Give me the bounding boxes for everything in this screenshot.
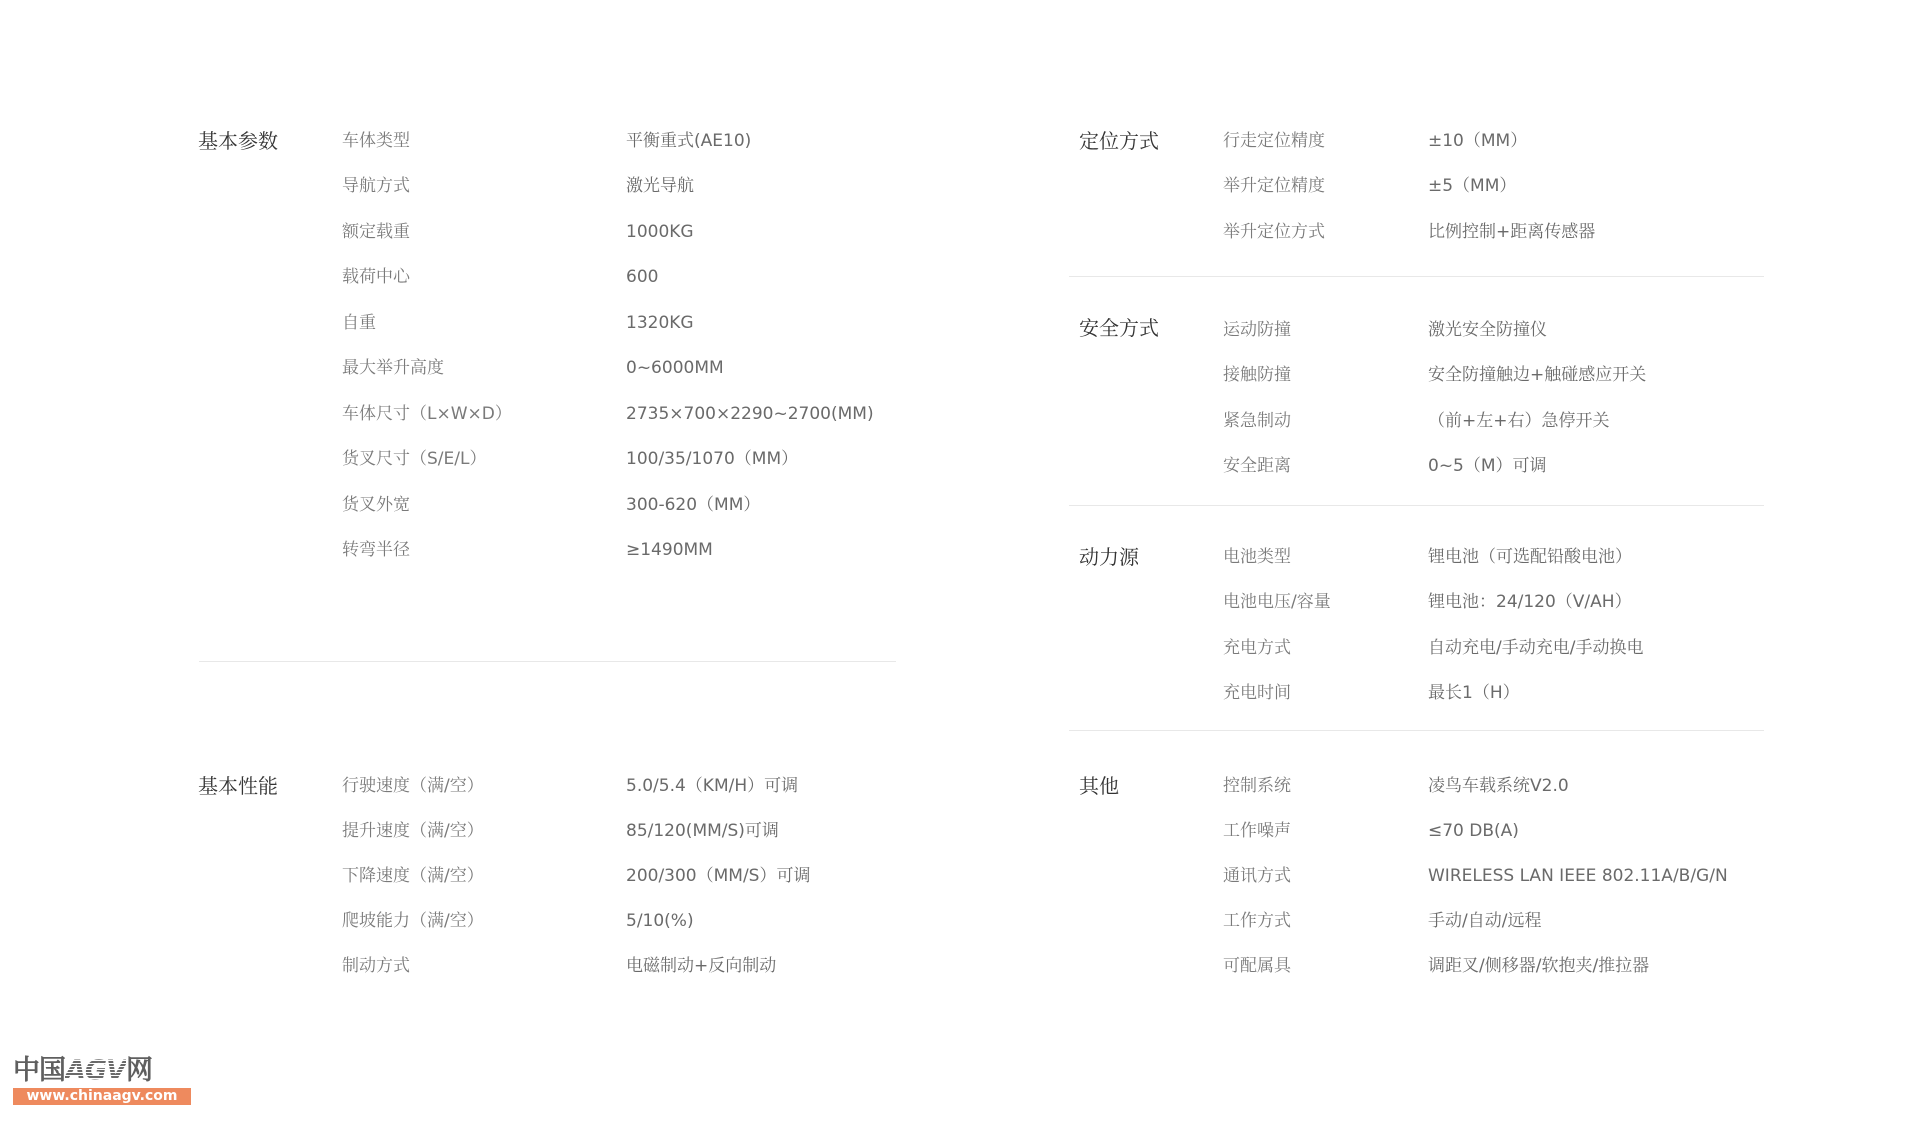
spec-label: 控制系统 — [1223, 774, 1291, 798]
spec-value: ≥1490MM — [626, 538, 713, 562]
spec-label: 接触防撞 — [1223, 363, 1291, 387]
spec-label: 电池电压/容量 — [1223, 590, 1331, 614]
chinaagv-watermark-logo: 中国AGV网 www.chinaagv.com — [13, 1056, 191, 1106]
spec-label: 载荷中心 — [342, 265, 410, 289]
spec-value: 凌鸟车载系统V2.0 — [1428, 774, 1569, 798]
spec-label: 导航方式 — [342, 174, 410, 198]
spec-value: 锂电池：24/120（V/AH） — [1428, 590, 1632, 614]
spec-label: 电池类型 — [1223, 545, 1291, 569]
spec-value: 激光导航 — [626, 174, 694, 198]
logo-brand: AGV — [65, 1055, 126, 1086]
spec-label: 转弯半径 — [342, 538, 410, 562]
spec-label: 爬坡能力（满/空） — [342, 909, 484, 933]
spec-value: ≤70 DB(A) — [1428, 819, 1519, 843]
spec-value: 300-620（MM） — [626, 493, 760, 517]
section-title: 其他 — [1079, 774, 1119, 798]
spec-label: 额定载重 — [342, 220, 410, 244]
spec-value: 调距叉/侧移器/软抱夹/推拉器 — [1428, 954, 1649, 978]
section-divider — [1069, 276, 1764, 277]
spec-value: 激光安全防撞仪 — [1428, 318, 1547, 342]
spec-label: 充电时间 — [1223, 681, 1291, 705]
logo-wordmark: 中国AGV网 — [13, 1056, 152, 1086]
spec-value: 2735×700×2290~2700(MM) — [626, 402, 874, 426]
spec-value: 5/10(%) — [626, 909, 694, 933]
logo-cn-prefix: 中国 — [13, 1055, 65, 1086]
spec-label: 紧急制动 — [1223, 409, 1291, 433]
spec-value: 0~5（M）可调 — [1428, 454, 1547, 478]
spec-label: 可配属具 — [1223, 954, 1291, 978]
spec-label: 最大举升高度 — [342, 356, 444, 380]
section-divider — [1069, 730, 1764, 731]
spec-label: 工作噪声 — [1223, 819, 1291, 843]
spec-label: 安全距离 — [1223, 454, 1291, 478]
section-title: 动力源 — [1079, 545, 1139, 569]
spec-value: 0~6000MM — [626, 356, 724, 380]
spec-label: 车体类型 — [342, 129, 410, 153]
logo-url-banner: www.chinaagv.com — [13, 1088, 191, 1105]
spec-label: 行驶速度（满/空） — [342, 774, 484, 798]
spec-value: 600 — [626, 265, 658, 289]
spec-label: 举升定位方式 — [1223, 220, 1325, 244]
section-title: 基本性能 — [198, 774, 278, 798]
spec-label: 制动方式 — [342, 954, 410, 978]
section-title: 定位方式 — [1079, 129, 1159, 153]
spec-value: 安全防撞触边+触碰感应开关 — [1428, 363, 1646, 387]
spec-label: 运动防撞 — [1223, 318, 1291, 342]
section-divider — [1069, 505, 1764, 506]
spec-label: 提升速度（满/空） — [342, 819, 484, 843]
section-divider — [199, 661, 896, 662]
spec-value: 手动/自动/远程 — [1428, 909, 1541, 933]
spec-value: 比例控制+距离传感器 — [1428, 220, 1595, 244]
spec-label: 下降速度（满/空） — [342, 864, 484, 888]
section-title: 安全方式 — [1079, 316, 1159, 340]
spec-label: 自重 — [342, 311, 376, 335]
spec-value: 自动充电/手动充电/手动换电 — [1428, 636, 1643, 660]
spec-value: 100/35/1070（MM） — [626, 447, 798, 471]
spec-label: 货叉尺寸（S/E/L） — [342, 447, 486, 471]
spec-label: 行走定位精度 — [1223, 129, 1325, 153]
spec-value: 1000KG — [626, 220, 694, 244]
spec-value: 1320KG — [626, 311, 694, 335]
spec-value: （前+左+右）急停开关 — [1428, 409, 1610, 433]
spec-label: 货叉外宽 — [342, 493, 410, 517]
spec-label: 工作方式 — [1223, 909, 1291, 933]
spec-value: ±5（MM） — [1428, 174, 1516, 198]
logo-cn-suffix: 网 — [126, 1055, 152, 1086]
spec-value: 5.0/5.4（KM/H）可调 — [626, 774, 798, 798]
spec-label: 充电方式 — [1223, 636, 1291, 660]
spec-value: 电磁制动+反向制动 — [626, 954, 776, 978]
section-title: 基本参数 — [198, 129, 278, 153]
spec-value: WIRELESS LAN IEEE 802.11A/B/G/N — [1428, 864, 1728, 888]
spec-value: 85/120(MM/S)可调 — [626, 819, 779, 843]
spec-label: 举升定位精度 — [1223, 174, 1325, 198]
spec-value: 平衡重式(AE10) — [626, 129, 751, 153]
spec-value: 200/300（MM/S）可调 — [626, 864, 810, 888]
spec-value: 锂电池（可选配铅酸电池） — [1428, 545, 1632, 569]
spec-value: 最长1（H） — [1428, 681, 1520, 705]
spec-label: 通讯方式 — [1223, 864, 1291, 888]
spec-value: ±10（MM） — [1428, 129, 1527, 153]
spec-label: 车体尺寸（L×W×D） — [342, 402, 512, 426]
